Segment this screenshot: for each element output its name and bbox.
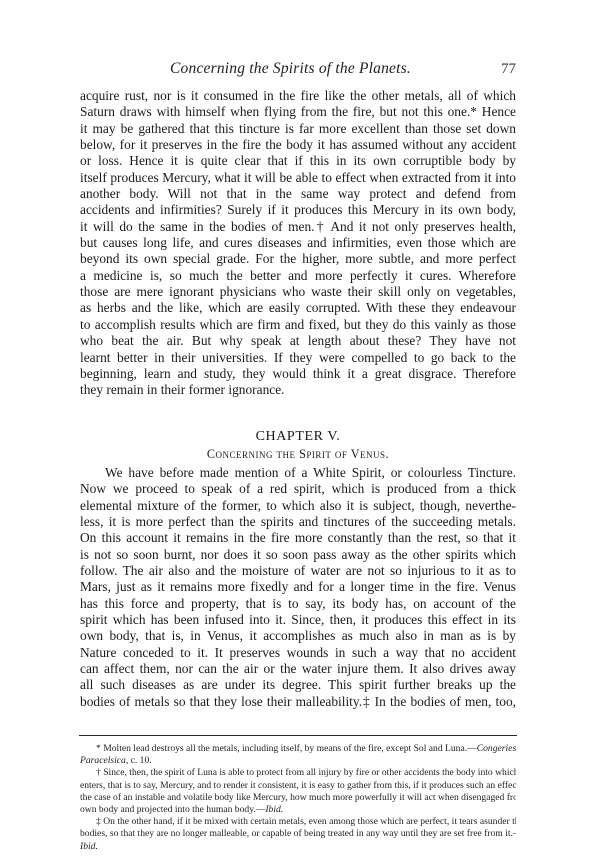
footnote-source: Paracelsica bbox=[80, 755, 126, 766]
text-line: who beat the air. But why speak at lengt… bbox=[80, 333, 516, 349]
text-line: own body, that is, in Venus, it accompli… bbox=[80, 628, 516, 644]
text-line: Nature conceded to it. It preserves woun… bbox=[80, 645, 516, 661]
footnote-double-dagger: ‡ On the other hand, if it be mixed with… bbox=[80, 816, 516, 828]
footnote-divider bbox=[79, 735, 517, 736]
footnote-source: Ibid. bbox=[265, 804, 283, 815]
text-line: itself produces Mercury, what it will be… bbox=[80, 170, 516, 186]
footnote-text: own body and projected into the human bo… bbox=[80, 804, 265, 815]
text-line: accidents and infirmities? Surely if it … bbox=[80, 202, 516, 218]
body-paragraph-2: We have before made mention of a White S… bbox=[80, 465, 516, 710]
chapter-subtitle: Concerning the Spirit of Venus. bbox=[80, 447, 516, 462]
text-line: all such diseases as are under its degre… bbox=[80, 677, 516, 693]
text-line: elemental mixture of the former, to whic… bbox=[80, 498, 516, 514]
text-line: beginning, learn and study, they would t… bbox=[80, 366, 516, 382]
body-paragraph-1: acquire rust, nor is it consumed in the … bbox=[80, 88, 516, 399]
text-line: bodies of metals so that they lose their… bbox=[80, 694, 516, 710]
text-line: is not so soon burnt, nor does it so soo… bbox=[80, 547, 516, 563]
text-line: Mars, just as it remains more fixedly an… bbox=[80, 579, 516, 595]
footnote-asterisk-cont: Paracelsica, c. 10. bbox=[80, 755, 516, 767]
text-line: can affect them, nor can the air or the … bbox=[80, 661, 516, 677]
footnote-text: , c. 10. bbox=[126, 755, 152, 766]
text-line: another body. Will not that in the same … bbox=[80, 186, 516, 202]
page-number: 77 bbox=[501, 61, 516, 78]
text-line: follow. The air also and the moisture of… bbox=[80, 563, 516, 579]
text-line: has this force and property, that is to … bbox=[80, 596, 516, 612]
text-line: beyond its own special grade. For the hi… bbox=[80, 251, 516, 267]
text-line: they remain in their former ignorance. bbox=[80, 382, 516, 398]
footnote-dagger-cont: the case of an instable and volatile bod… bbox=[80, 792, 516, 804]
text-line: as herbs and the like, which are easily … bbox=[80, 300, 516, 316]
text-line: acquire rust, nor is it consumed in the … bbox=[80, 88, 516, 104]
text-line: it may be gathered that this tincture is… bbox=[80, 121, 516, 137]
text-line: learnt better in their universities. If … bbox=[80, 350, 516, 366]
footnote-dagger-cont: own body and projected into the human bo… bbox=[80, 804, 516, 816]
text-line: it will do the same in the bodies of men… bbox=[80, 219, 516, 235]
text-line: a medicine is, so much the better and mo… bbox=[80, 268, 516, 284]
footnotes: * Molten lead destroys all the metals, i… bbox=[80, 743, 516, 853]
chapter-heading: CHAPTER V. bbox=[80, 429, 516, 445]
text-line: spirit which has been infused into it. S… bbox=[80, 612, 516, 628]
text-line: On this account it remains in the fire m… bbox=[80, 530, 516, 546]
footnote-double-dagger-cont: Ibid. bbox=[80, 841, 516, 853]
text-line: those are mere ignorant physicians who w… bbox=[80, 284, 516, 300]
footnote-dagger-cont: enters, that is to say, Mercury, and to … bbox=[80, 780, 516, 792]
footnote-dagger: † Since, then, the spirit of Luna is abl… bbox=[80, 767, 516, 779]
text-line: or loss. Hence it is quite clear that if… bbox=[80, 153, 516, 169]
footnote-source: Congeries bbox=[477, 743, 516, 754]
text-line: Saturn draws with himself when flying fr… bbox=[80, 104, 516, 120]
text-line: to accomplish results which are firm and… bbox=[80, 317, 516, 333]
text-line: We have before made mention of a White S… bbox=[80, 465, 516, 481]
footnote-double-dagger-cont: bodies, so that they are no longer malle… bbox=[80, 828, 516, 840]
text-line: but causes long life, and cures diseases… bbox=[80, 235, 516, 251]
text-line: less, it is more perfect than the spirit… bbox=[80, 514, 516, 530]
text-line: below, for it preserves in the fire the … bbox=[80, 137, 516, 153]
text-line: Now we proceed to speak of a red spirit,… bbox=[80, 481, 516, 497]
footnote-source: Ibid. bbox=[80, 841, 98, 852]
footnote-asterisk: * Molten lead destroys all the metals, i… bbox=[80, 743, 516, 755]
running-title: Concerning the Spirits of the Planets. bbox=[170, 60, 411, 78]
footnote-text: * Molten lead destroys all the metals, i… bbox=[96, 743, 477, 754]
running-head: Concerning the Spirits of the Planets. 7… bbox=[80, 60, 516, 82]
